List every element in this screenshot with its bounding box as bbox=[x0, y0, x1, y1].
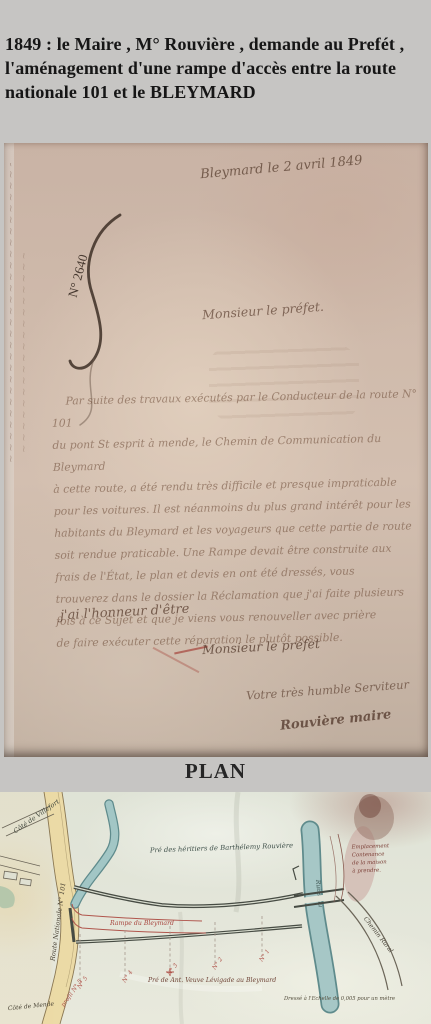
plan-section-title: PLAN bbox=[0, 759, 431, 784]
letter-photo: ~~~~~~~~~~~~~~~~~~~~~~~~~~~~~~~~~~~~ ~~~… bbox=[4, 143, 428, 757]
body-line: du pont St esprit à mende, le Chemin de … bbox=[52, 427, 419, 479]
paper-crease bbox=[180, 912, 182, 1024]
title-line-1: 1849 : le Maire , M° Rouvière , demande … bbox=[5, 32, 427, 56]
upper-road bbox=[74, 887, 303, 906]
profile-mark-3: N° 3 bbox=[166, 962, 179, 978]
paper-crease bbox=[236, 792, 239, 912]
letter-place-date: Bleymard le 2 avril 1849 bbox=[200, 151, 391, 183]
emplacement-line-2: Contenance bbox=[352, 851, 385, 858]
pre-heritiers-label: Pré des héritiers de Barthélemy Rouvière bbox=[149, 841, 293, 854]
plan-image: Route Nationale N° 101 Côté de Villefort bbox=[0, 792, 431, 1024]
plan-drawing: Route Nationale N° 101 Côté de Villefort bbox=[0, 792, 431, 1024]
page-title: 1849 : le Maire , M° Rouvière , demande … bbox=[5, 32, 427, 104]
scale-note: Dressé à l'Echelle de 0,005 pour un mètr… bbox=[283, 995, 395, 1002]
margin-annotation-2: ~~~~~~~~~~~~~~~~~~~~~~~~~~~~~~~~~~~~ bbox=[19, 253, 30, 453]
pre-veuve-label: Pré de Ant. Veuve Lévigade au Bleymard bbox=[147, 977, 276, 984]
emplacement-line-4: à prendre. bbox=[352, 867, 381, 875]
letter-salutation: Monsieur le préfet. bbox=[202, 299, 325, 322]
rampe-bleymard-label: Rampe du Bleymard bbox=[109, 920, 174, 927]
bank-mark bbox=[293, 866, 299, 880]
building-plot bbox=[20, 878, 32, 885]
letter-signature: Rouvière maire bbox=[280, 707, 393, 734]
emplacement-line-3: de la maison bbox=[352, 859, 387, 866]
side-road-line bbox=[0, 856, 40, 866]
parcel-boundary bbox=[330, 836, 336, 902]
margin-annotation: ~~~~~~~~~~~~~~~~~~~~~~~~~~~~~~~~~~~~ bbox=[6, 163, 17, 463]
chemin-rural-road bbox=[348, 892, 402, 986]
profile-mark-1: N° 1 bbox=[258, 949, 271, 964]
rampe-lines bbox=[72, 904, 206, 933]
profile-mark-2: N° 2 bbox=[211, 956, 224, 972]
building-plot bbox=[4, 871, 18, 880]
page: 1849 : le Maire , M° Rouvière , demande … bbox=[0, 0, 431, 1024]
green-parcel bbox=[0, 886, 15, 908]
title-line-3: nationale 101 et le BLEYMARD bbox=[5, 80, 427, 104]
body-line: Par suite des travaux exécutés par le Co… bbox=[51, 383, 418, 435]
ink-blotch-core bbox=[359, 794, 381, 818]
emplacement-line-1: Emplacement bbox=[350, 843, 390, 850]
letter-reference-number: N° 2640 bbox=[65, 253, 91, 299]
chemin-rural-label: Chemin Rural bbox=[362, 916, 394, 955]
letter-closing-formula: Votre très humble Serviteur bbox=[246, 677, 410, 702]
title-line-2: l'aménagement d'une rampe d'accès entre … bbox=[5, 56, 427, 80]
